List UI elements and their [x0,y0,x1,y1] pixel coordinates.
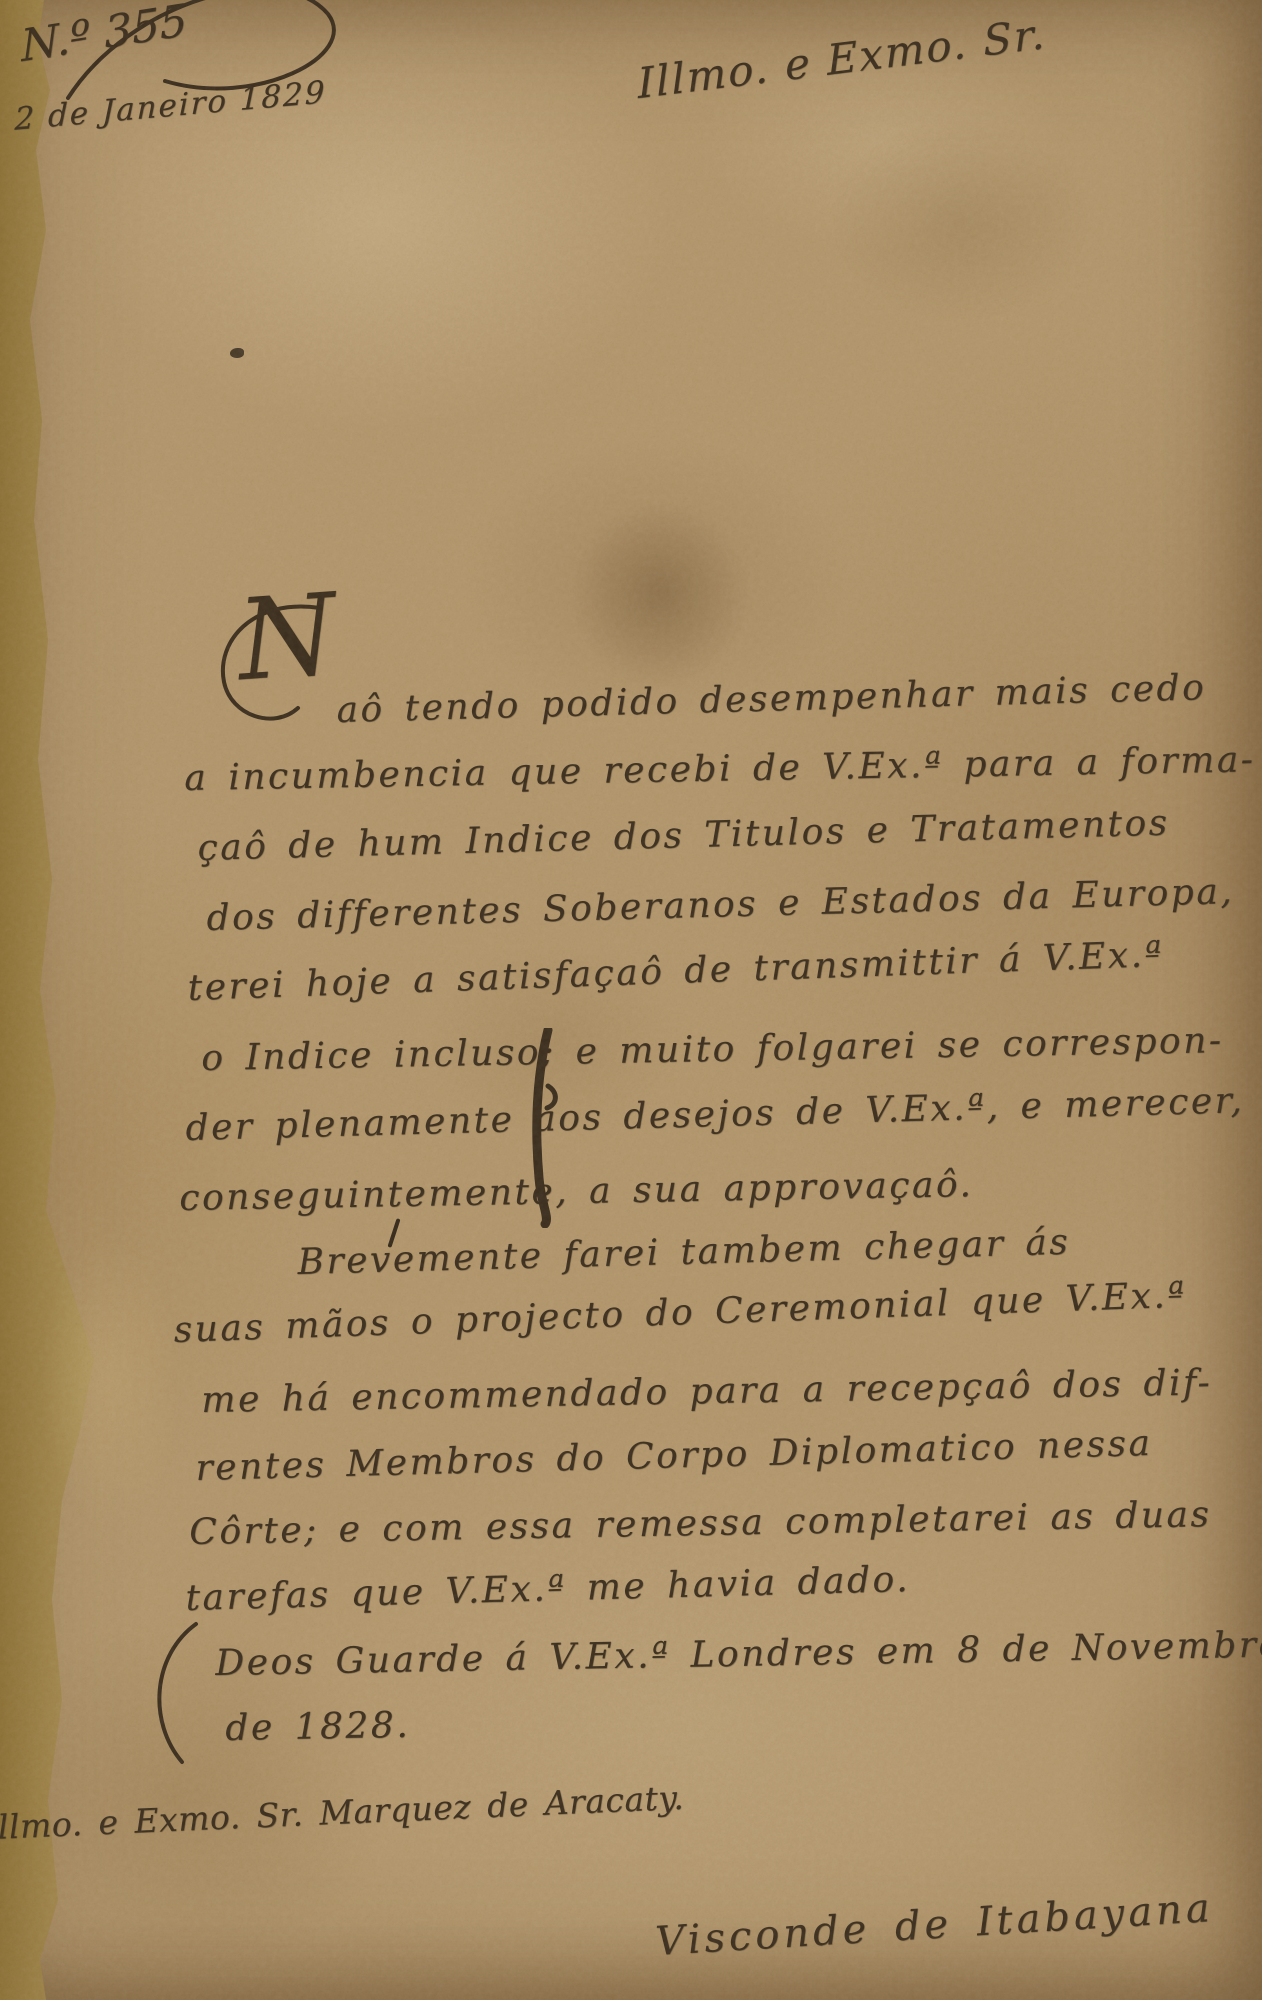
body-line: o Indice incluso; e muito folgarei se co… [201,1020,1224,1079]
body-line: terei hoje a satisfaçaô de transmittir á… [187,934,1165,1009]
body-line: de 1828. [225,1705,411,1749]
body-line: rentes Membros do Corpo Diplomatico ness… [195,1423,1153,1489]
signature: Visconde de Itabayana [654,1885,1215,1965]
body-line: dos differentes Soberanos e Estados da E… [206,871,1235,939]
paper-stain [570,500,750,690]
body-line: conseguintemente, a sua approvaçaô. [179,1164,974,1219]
body-line: tarefas que V.Ex.ª me havia dado. [185,1559,911,1619]
body-line: suas mãos o projecto do Ceremonial que V… [173,1275,1188,1351]
addressee: Illmo. e Exmo. Sr. Marquez de Aracaty. [0,1778,685,1848]
body-line: Deos Guarde á V.Ex.ª Londres em 8 de Nov… [215,1624,1262,1684]
body-line: der plenamente aos desejos de V.Ex.ª, e … [185,1080,1245,1149]
paper-stain [830,120,1090,320]
body-line: a incumbencia que recebi de V.Ex.ª para … [184,739,1256,799]
folio-number: N.º 355 [20,0,189,72]
body-line: aô tendo podido desempenhar mais cedo [336,667,1207,731]
date-annotation: 2 de Janeiro 1829 [14,74,326,137]
ink-speck [230,348,244,358]
torn-page-edge [0,0,120,2000]
closing-flourish [138,1618,208,1768]
body-line: me há encommendado para a recepçaô dos d… [201,1362,1212,1421]
body-line: çaô de hum Indice dos Titulos e Tratamen… [197,803,1170,869]
ornate-initial: N [234,579,340,698]
body-line: Côrte; e com essa remessa completarei as… [189,1494,1212,1553]
paper-stain [1080,1650,1262,1910]
manuscript-page: N.º 355 2 de Janeiro 1829 Illmo. e Exmo.… [0,0,1262,2000]
body-line: Brevemente farei tambem chegar ás [297,1222,1071,1283]
salutation: Illmo. e Exmo. Sr. [636,9,1047,108]
